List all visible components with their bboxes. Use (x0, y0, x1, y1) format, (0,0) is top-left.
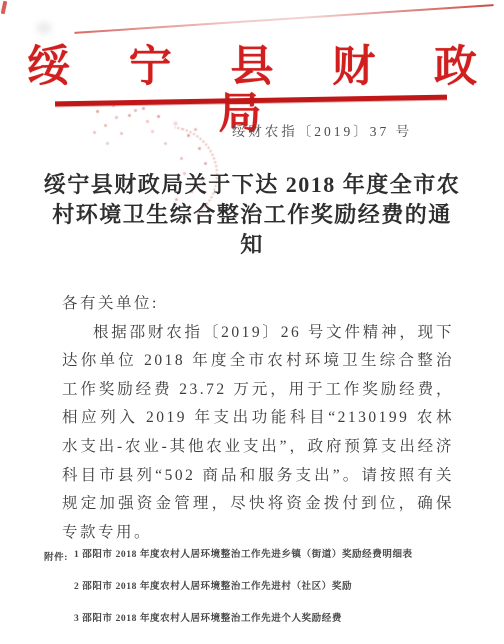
scan-smudge (36, 22, 52, 34)
attachment-item: 3 邵阳市 2018 年度农村人居环境整治工作先进个人奖励经费 (74, 613, 484, 625)
document-page: 绥 宁 县 财 政 局 绥财农指〔2019〕37 号 绥宁县财政局关于下达 20… (0, 0, 504, 644)
doc-title-line-2: 村环境卫生综合整治工作奖励经费的通 (52, 202, 452, 227)
attachment-item: 2 邵阳市 2018 年度农村人居环境整治工作先进村（社区）奖励 (74, 581, 484, 593)
doc-title-line-1: 绥宁县财政局关于下达 2018 年度全市农 (44, 172, 461, 197)
body-block: 各有关单位: 根据邵财农指〔2019〕26 号文件精神，现下达你单位 2018 … (62, 290, 454, 547)
attachment-item: 1 邵阳市 2018 年度农村人居环境整治工作先进乡镇（街道）奖励经费明细表 (74, 549, 484, 561)
body-paragraph: 根据邵财农指〔2019〕26 号文件精神，现下达你单位 2018 年度全市农村环… (62, 319, 454, 548)
letterhead-top-rule (74, 4, 493, 34)
scan-corner-mark (1, 1, 8, 15)
doc-title: 绥宁县财政局关于下达 2018 年度全市农 村环境卫生综合整治工作奖励经费的通 … (0, 170, 504, 260)
salutation: 各有关单位: (62, 290, 454, 319)
attachments-label: 附件: (44, 549, 68, 563)
attachments-section: 附件: 1 邵阳市 2018 年度农村人居环境整治工作先进乡镇（街道）奖励经费明… (44, 549, 484, 644)
doc-title-line-3: 知 (240, 232, 264, 257)
doc-number: 绥财农指〔2019〕37 号 (70, 120, 504, 140)
attachments-list: 1 邵阳市 2018 年度农村人居环境整治工作先进乡镇（街道）奖励经费明细表 2… (74, 549, 484, 644)
